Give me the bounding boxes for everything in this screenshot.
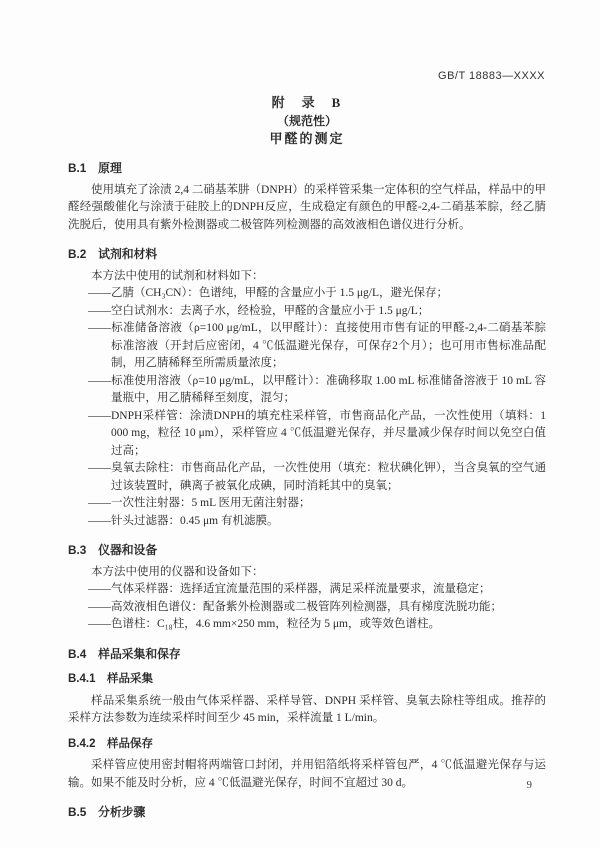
section-heading-b5: B.5 分析步骤 bbox=[68, 804, 546, 822]
document-page: GB/T 18883—XXXX 附 录 B （规范性） 甲醛的测定 B.1 原理… bbox=[0, 0, 600, 848]
normative-label: （规范性） bbox=[68, 112, 546, 130]
list-item: ——色谱柱：C₁₈柱，4.6 mm×250 mm，粒径为 5 μm，或等效色谱柱… bbox=[88, 616, 546, 634]
page-number: 9 bbox=[527, 779, 533, 791]
section-heading-b3: B.3 仪器和设备 bbox=[68, 542, 546, 560]
list-item: ——针头过滤器：0.45 μm 有机滤膜。 bbox=[88, 513, 546, 531]
subsection-heading-b41: B.4.1 样品采集 bbox=[68, 671, 546, 689]
subsection-heading-b42: B.4.2 样品保存 bbox=[68, 736, 546, 754]
list-item: ——高效液相色谱仪：配备紫外检测器或二极管阵列检测器，具有梯度洗脱功能； bbox=[88, 599, 546, 617]
appendix-title: 甲醛的测定 bbox=[68, 130, 546, 148]
paragraph: 使用填充了涂渍 2,4 二硝基苯肼（DNPH）的采样管采集一定体积的空气样品，样… bbox=[68, 182, 546, 235]
section-heading-b1: B.1 原理 bbox=[68, 160, 546, 178]
list-item: ——乙腈（CH₃CN）：色谱纯，甲醛的含量应小于 1.5 μg/L，避光保存； bbox=[88, 285, 546, 303]
title-block: 附 录 B （规范性） 甲醛的测定 bbox=[68, 94, 546, 148]
section-heading-b4: B.4 样品采集和保存 bbox=[68, 646, 546, 664]
page-content: 附 录 B （规范性） 甲醛的测定 B.1 原理 使用填充了涂渍 2,4 二硝基… bbox=[68, 94, 546, 826]
list-item: ——DNPH采样管：涂渍DNPH的填充柱采样管，市售商品化产品，一次性使用（填料… bbox=[88, 408, 546, 461]
section-heading-b2: B.2 试剂和材料 bbox=[68, 246, 546, 264]
list-item: ——空白试剂水：去离子水，经检验，甲醛的含量应小于 1.5 μg/L； bbox=[88, 303, 546, 321]
list-item: ——臭氧去除柱：市售商品化产品，一次性使用（填充：粒状碘化钾），当含臭氧的空气通… bbox=[88, 460, 546, 495]
intro-line: 本方法中使用的仪器和设备如下： bbox=[68, 564, 546, 582]
list-item: ——一次性注射器：5 mL 医用无菌注射器； bbox=[88, 495, 546, 513]
intro-line: 本方法中使用的试剂和材料如下： bbox=[68, 268, 546, 286]
appendix-label: 附 录 B bbox=[68, 94, 546, 112]
paragraph: 样品采集系统一般由气体采样器、采样导管、DNPH 采样管、臭氧去除柱等组成。推荐… bbox=[68, 693, 546, 728]
list-item: ——标准使用溶液（ρ=10 μg/mL，以甲醛计）：准确移取 1.00 mL 标… bbox=[88, 373, 546, 408]
doc-code: GB/T 18883—XXXX bbox=[438, 70, 545, 82]
paragraph: 采样管应使用密封帽将两端管口封闭，并用铝箔纸将采样管包严，4 ℃低温避光保存与运… bbox=[68, 757, 546, 792]
list-item: ——标准储备溶液（ρ=100 μg/mL，以甲醛计）：直接使用市售有证的甲醛-2… bbox=[88, 320, 546, 373]
list-item: ——气体采样器：选择适宜流量范围的采样器，满足采样流量要求，流量稳定； bbox=[88, 581, 546, 599]
